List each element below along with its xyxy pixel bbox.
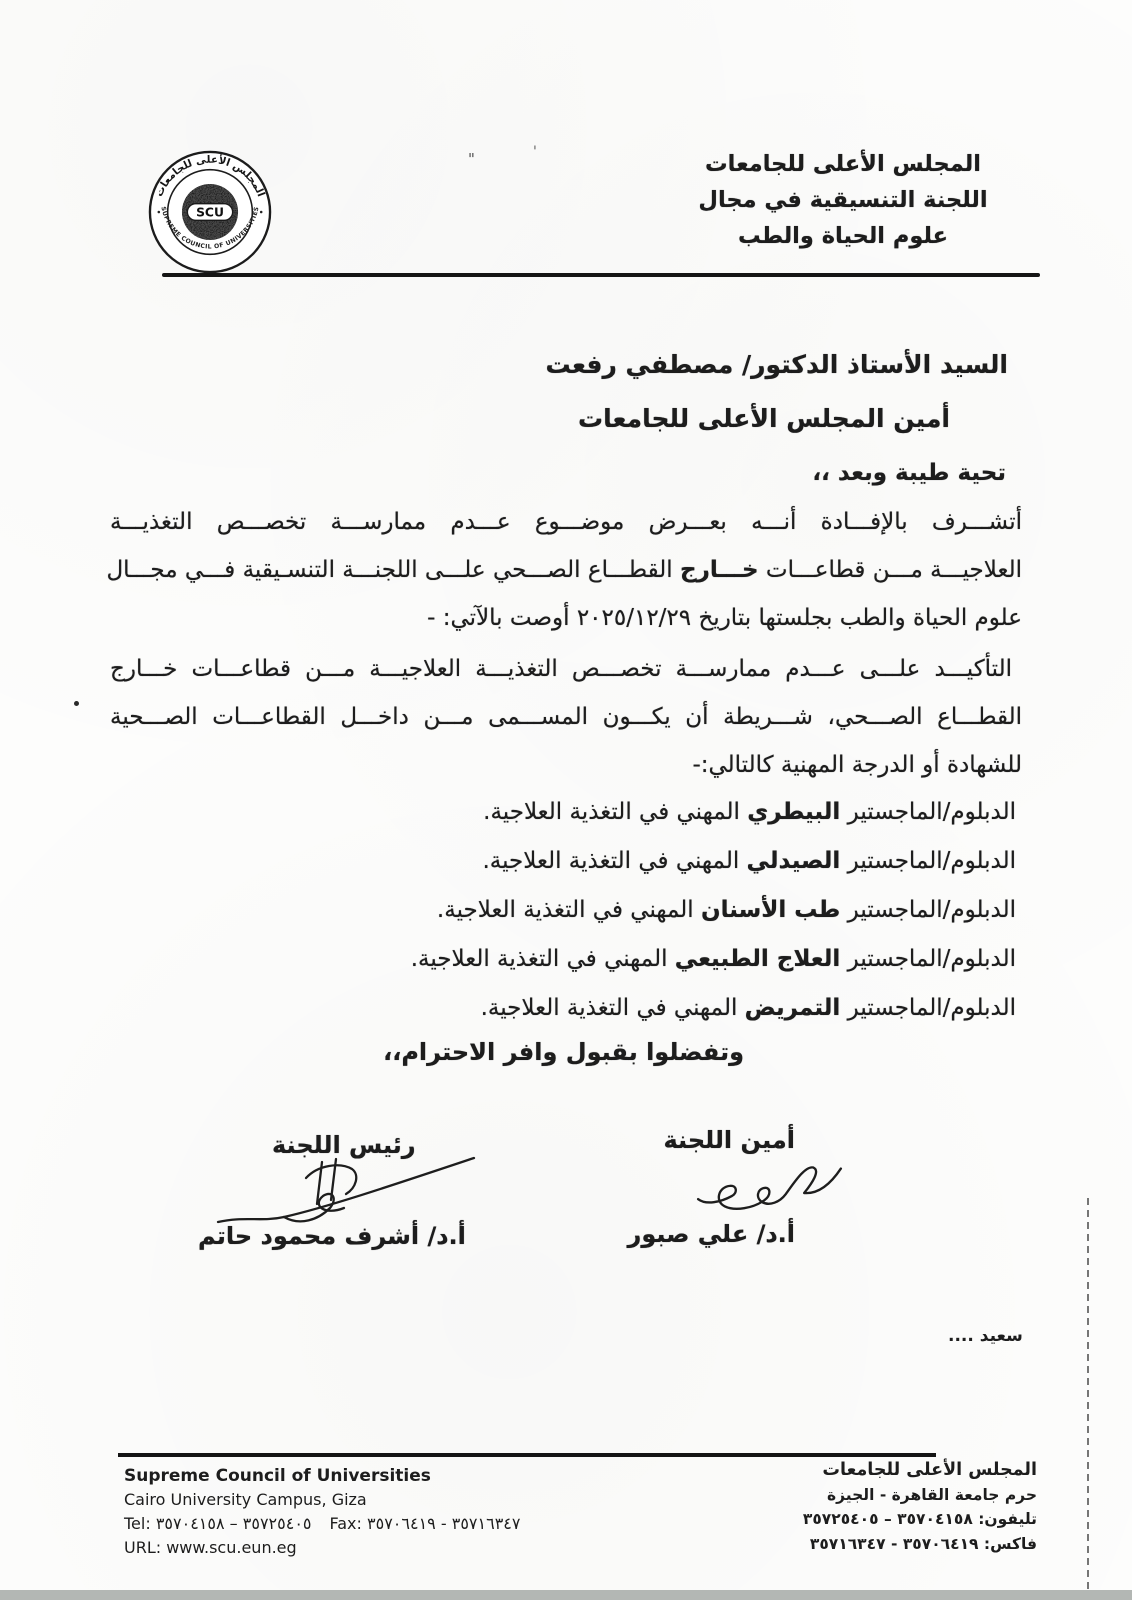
footer-separator-dash: -: [891, 1535, 897, 1553]
degrees-list: الدبلوم/الماجستير البيطري المهني في التغ…: [110, 788, 1016, 1033]
secretary-title: أمين اللجنة: [663, 1126, 795, 1154]
footer-tel-number-1: ٣٥٧٠٤١٥٨: [897, 1510, 973, 1528]
list-item: الدبلوم/الماجستير طب الأسنان المهني في ا…: [110, 886, 1016, 935]
footer-ar-org: المجلس الأعلى للجامعات: [803, 1458, 1037, 1483]
paragraph-text: القطـــاع الصـــحي علـــى اللجنـــة التن…: [106, 557, 680, 583]
body-paragraph-1: أتشـــرف بالإفـــادة أنـــه بعـــرض موضـ…: [110, 498, 1022, 642]
footer-divider: [118, 1453, 936, 1457]
paragraph-bold-word: خـــارج: [680, 557, 759, 583]
paragraph-line: التأكيـــد علـــى عـــدم ممارســـة تخصــ…: [110, 645, 1022, 693]
footer-arabic: المجلس الأعلى للجامعات حرم جامعة القاهرة…: [803, 1458, 1037, 1556]
list-item-prefix: الدبلوم/الماجستير: [840, 848, 1016, 874]
list-item-prefix: الدبلوم/الماجستير: [840, 995, 1016, 1021]
footer-separator-dash: -: [441, 1514, 447, 1533]
footer-ar-fax-label: فاكس:: [984, 1535, 1037, 1553]
footer-tel-number-1: ٣٥٧٠٤١٥٨: [156, 1514, 225, 1533]
salutation: تحية طيبة وبعد ،،: [812, 460, 1006, 486]
addressee-title: أمين المجلس الأعلى للجامعات: [578, 404, 950, 433]
footer-tel-number-2: ٣٥٧٢٥٤٠٥: [243, 1514, 312, 1533]
paragraph-line-with-date: علوم الحياة والطب بجلستها بتاريخ ٢٠٢٥/١٢…: [110, 594, 1022, 642]
header-divider: [162, 273, 1040, 277]
footer-en-url: URL: www.scu.eun.eg: [124, 1536, 520, 1560]
footer-english: Supreme Council of Universities Cairo Un…: [124, 1464, 520, 1560]
org-line-field: علوم الحياة والطب: [676, 218, 1010, 254]
list-item-suffix: المهني في التغذية العلاجية.: [437, 897, 701, 923]
footer-ar-phones: تليفون: ٣٥٧٠٤١٥٨ – ٣٥٧٢٥٤٠٥: [803, 1507, 1037, 1532]
footer-en-phones: Tel: ٣٥٧٠٤١٥٨ – ٣٥٧٢٥٤٠٥Fax: ٣٥٧٠٦٤١٩ - …: [124, 1512, 520, 1536]
list-item-specialty: الصيدلي: [747, 848, 841, 874]
logo-scu-label: SCU: [196, 205, 224, 219]
list-item-suffix: المهني في التغذية العلاجية.: [483, 799, 747, 825]
secretary-signature: [690, 1160, 848, 1224]
list-item-prefix: الدبلوم/الماجستير: [840, 897, 1016, 923]
list-item: الدبلوم/الماجستير البيطري المهني في التغ…: [110, 788, 1016, 837]
list-item-specialty: طب الأسنان: [701, 897, 840, 923]
footer-fax-number-1: ٣٥٧٠٦٤١٩: [903, 1535, 979, 1553]
list-item-prefix: الدبلوم/الماجستير: [840, 946, 1016, 972]
footer-ar-address: حرم جامعة القاهرة - الجيزة: [803, 1483, 1037, 1508]
footer-en-org: Supreme Council of Universities: [124, 1464, 520, 1488]
scan-dot-artifact: [74, 701, 79, 706]
paragraph-line: العلاجيـــة مـــن قطاعـــات خـــارج القط…: [110, 546, 1022, 594]
footer-en-address: Cairo University Campus, Giza: [124, 1488, 520, 1512]
footer-en-fax-label: Fax:: [330, 1514, 362, 1533]
org-line-council: المجلس الأعلى للجامعات: [676, 146, 1010, 182]
paragraph-line: للشهادة أو الدرجة المهنية كالتالي:-: [110, 741, 1022, 789]
paragraph-line: القطـــاع الصـــحي، شـــريطة أن يكـــون …: [110, 693, 1022, 741]
org-line-committee: اللجنة التنسيقية في مجال: [676, 182, 1010, 218]
footer-separator-dash: –: [884, 1510, 892, 1528]
list-item: الدبلوم/الماجستير الصيدلي المهني في التغ…: [110, 837, 1016, 886]
list-item-suffix: المهني في التغذية العلاجية.: [481, 995, 745, 1021]
footer-fax-number-2: ٣٥٧١٦٣٤٧: [452, 1514, 521, 1533]
letterhead-org-block: المجلس الأعلى للجامعات اللجنة التنسيقية …: [676, 146, 1010, 254]
footer-tel-number-2: ٣٥٧٢٥٤٠٥: [803, 1510, 879, 1528]
scan-edge-artifact: [1087, 1198, 1089, 1590]
list-item-prefix: الدبلوم/الماجستير: [840, 799, 1016, 825]
chairman-name: أ.د/ أشرف محمود حاتم: [198, 1222, 466, 1250]
footer-ar-tel-label: تليفون:: [978, 1510, 1037, 1528]
list-item-specialty: العلاج الطبيعي: [675, 946, 841, 972]
footer-fax-number-2: ٣٥٧١٦٣٤٧: [810, 1535, 886, 1553]
list-item-specialty: البيطري: [747, 799, 840, 825]
scan-speck-apostrophe: ': [533, 144, 537, 160]
list-item-suffix: المهني في التغذية العلاجية.: [411, 946, 675, 972]
addressee-name: السيد الأستاذ الدكتور/ مصطفي رفعت: [546, 350, 1008, 379]
list-item-suffix: المهني في التغذية العلاجية.: [482, 848, 746, 874]
paragraph-line: أتشـــرف بالإفـــادة أنـــه بعـــرض موضـ…: [110, 498, 1022, 546]
scanned-letter-page: المجلس الأعلى للجامعات SUPREME COUNCIL O…: [0, 0, 1132, 1600]
scanner-bottom-edge: [0, 1590, 1132, 1600]
footer-en-tel-label: Tel:: [124, 1514, 151, 1533]
footer-separator-dash: –: [230, 1514, 238, 1533]
secretary-name: أ.د/ علي صبور: [628, 1220, 795, 1248]
handwritten-note: سعيد ....: [948, 1326, 1023, 1346]
paragraph-text: العلاجيـــة مـــن قطاعـــات: [759, 557, 1022, 583]
footer-fax-number-1: ٣٥٧٠٦٤١٩: [367, 1514, 436, 1533]
list-item-specialty: التمريض: [745, 995, 841, 1021]
list-item: الدبلوم/الماجستير العلاج الطبيعي المهني …: [110, 935, 1016, 984]
body-paragraph-2: التأكيـــد علـــى عـــدم ممارســـة تخصــ…: [110, 645, 1022, 789]
scu-logo: المجلس الأعلى للجامعات SUPREME COUNCIL O…: [146, 148, 274, 276]
closing-phrase: وتفضلوا بقبول وافر الاحترام،،: [383, 1038, 744, 1066]
scan-speck-quote: ": [468, 150, 475, 168]
footer-ar-fax: فاكس: ٣٥٧٠٦٤١٩ - ٣٥٧١٦٣٤٧: [803, 1532, 1037, 1557]
list-item: الدبلوم/الماجستير التمريض المهني في التغ…: [110, 984, 1016, 1033]
